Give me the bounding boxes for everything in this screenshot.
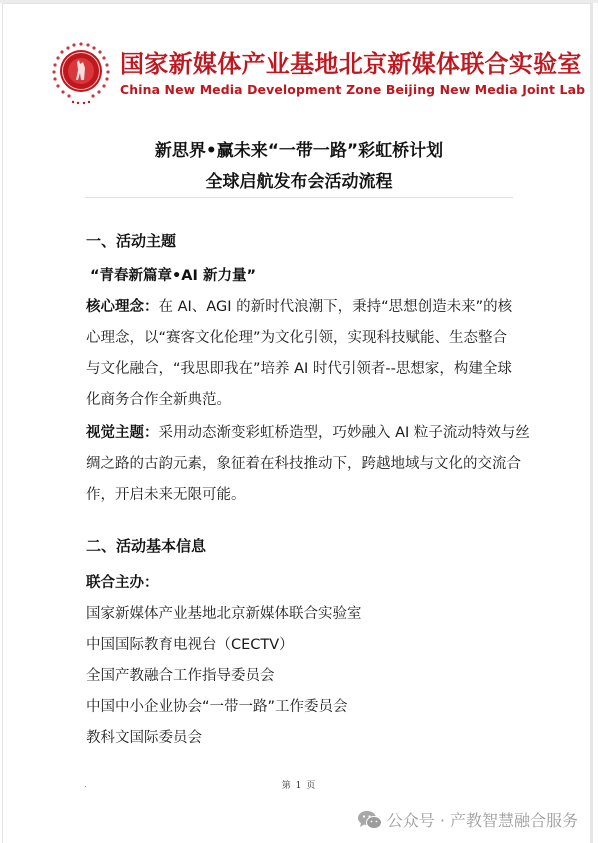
organizers-label: 联合主办： [86,573,159,593]
watermark-text: 公众号 · 产教智慧融合服务 [387,808,578,831]
document-title-line1: 新思界•赢未来“一带一路”彩虹桥计划 [0,136,598,161]
event-theme: “青春新篇章•AI 新力量” [90,266,256,286]
visual-theme-line2: 绸之路的古韵元素，象征着在科技推动下，跨越地域与文化的交流合 [86,454,521,474]
visual-theme-line1: 视觉主题：采用动态渐变彩虹桥造型，巧妙融入 AI 粒子流动特效与丝 [86,423,530,443]
core-concept-line4: 化商务合作全新典范。 [86,390,231,410]
org-name-cn: 国家新媒体产业基地北京新媒体联合实验室 [120,49,582,79]
page-number: 第 1 页 [0,778,598,791]
organizer-item: 教科文国际委员会 [86,728,202,748]
wechat-watermark: 公众号 · 产教智慧融合服务 [357,808,578,831]
title-divider [85,197,513,198]
document-title-line2: 全球启航发布会活动流程 [0,167,598,192]
visual-theme-label: 视觉主题： [86,425,159,441]
core-concept-line2: 心理念，以“赛客文化伦理”为文化引领，实现科技赋能、生态整合 [86,328,507,348]
wechat-icon [357,810,383,830]
section2-heading: 二、活动基本信息 [86,536,206,556]
organizer-item: 国家新媒体产业基地北京新媒体联合实验室 [86,604,362,624]
org-name-en: China New Media Development Zone Beijing… [120,82,585,98]
core-concept-line1: 核心理念：在 AI、AGI 的新时代浪潮下，秉持“思想创造未来”的核 [86,297,512,317]
section1-heading: 一、活动主题 [86,231,176,251]
visual-theme-line3: 作，开启未来无限可能。 [86,485,246,505]
core-concept-label: 核心理念： [86,299,159,315]
organizer-item: 中国中小企业协会“一带一路”工作委员会 [86,697,348,717]
organizer-item: 中国国际教育电视台（CECTV） [86,635,294,655]
core-concept-line3: 与文化融合，“我思即我在”培养 AI 时代引领者--思想家，构建全球 [86,359,512,379]
organizer-item: 全国产教融合工作指导委员会 [86,666,275,686]
red-seal-emblem-icon [50,40,112,106]
